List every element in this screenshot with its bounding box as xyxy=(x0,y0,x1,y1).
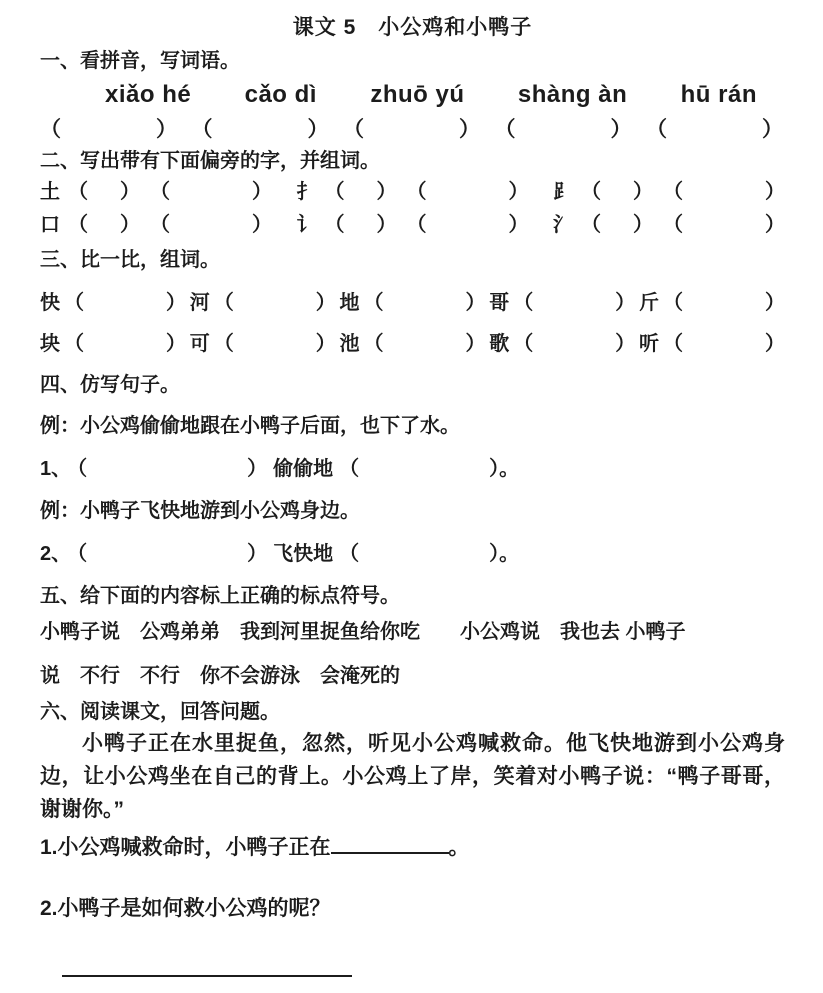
pinyin-word: cǎo dì xyxy=(245,78,317,112)
char-label: 快 xyxy=(40,292,60,314)
open-paren: （ xyxy=(364,329,384,359)
char-label: 歌 xyxy=(489,333,509,355)
radical-row: 土（）（） 扌（）（） ⻊（）（） xyxy=(40,177,785,207)
open-paren: （ xyxy=(325,210,345,240)
open-paren: （ xyxy=(68,210,88,240)
sentence-fragment: 飞快地 xyxy=(273,543,333,565)
close-paren: ） xyxy=(377,177,397,207)
section4-heading: 四、仿写句子。 xyxy=(40,372,785,398)
question-1: 1.小公鸡喊救命时，小鸭子正在。 xyxy=(40,831,785,862)
close-paren: ） xyxy=(120,210,140,240)
close-paren: ） xyxy=(466,329,486,359)
close-paren: ） xyxy=(316,329,336,359)
section2-heading: 二、写出带有下面偏旁的字，并组词。 xyxy=(40,148,785,174)
close-paren: ） xyxy=(377,210,397,240)
open-paren: （ xyxy=(581,177,601,207)
open-paren: （ xyxy=(150,210,170,240)
blank-space xyxy=(683,197,765,198)
open-paren: （ xyxy=(214,288,234,318)
word-blank: （） xyxy=(214,288,336,318)
char-label: 哥 xyxy=(489,292,509,314)
compare-group: 池（） xyxy=(340,329,486,359)
close-paren: ） xyxy=(489,458,499,480)
pinyin-word: hū rán xyxy=(681,78,757,112)
word-blank: （） xyxy=(663,288,785,318)
open-paren: （ xyxy=(663,210,683,240)
blank-space xyxy=(61,135,156,136)
answer-line xyxy=(62,975,352,977)
open-paren: （ xyxy=(77,543,87,565)
close-paren: ） xyxy=(765,210,785,240)
blank-space xyxy=(683,349,765,350)
blank-space xyxy=(234,308,316,309)
fill-in-sentence: 1、（）偷偷地（）。 xyxy=(40,455,785,483)
close-paren: ） xyxy=(459,114,480,146)
char-label: 斤 xyxy=(639,292,659,314)
word-blank: （） xyxy=(513,329,635,359)
pinyin-answer-row: （） （） （） （） （） xyxy=(40,114,785,146)
close-paren: ） xyxy=(247,543,267,565)
pinyin-word: shàng àn xyxy=(518,78,627,112)
compare-row: 快（） 河（） 地（） 哥（） 斤（） xyxy=(40,288,785,318)
pinyin-word: zhuō yú xyxy=(370,78,464,112)
close-paren: ） xyxy=(489,543,499,565)
word-blank: （） xyxy=(364,288,486,318)
close-paren: ） xyxy=(762,114,783,146)
word-blank: （） xyxy=(407,210,529,240)
compare-group: 快（） xyxy=(40,288,186,318)
word-blank: （） xyxy=(64,329,186,359)
period-mark: 。 xyxy=(499,458,519,480)
char-blank: （） xyxy=(68,210,140,240)
radical-row: 口（）（） 讠（）（） 氵（）（） xyxy=(40,210,785,240)
open-paren: （ xyxy=(407,177,427,207)
open-paren: （ xyxy=(663,288,683,318)
blank-space xyxy=(683,308,765,309)
compare-group: 哥（） xyxy=(489,288,635,318)
compare-row: 块（） 可（） 池（） 歌（） 听（） xyxy=(40,329,785,359)
blank-space xyxy=(170,197,252,198)
example-sentence: 例：小鸭子飞快地游到小公鸡身边。 xyxy=(40,497,785,525)
char-label: 池 xyxy=(340,333,360,355)
blank-space xyxy=(359,559,489,560)
punctuation-exercise-line: 小鸭子说 公鸡弟弟 我到河里捉鱼给你吃 小公鸡说 我也去 小鸭子 xyxy=(40,618,785,646)
char-blank: （） xyxy=(581,177,653,207)
pinyin-row: xiǎo hé cǎo dì zhuō yú shàng àn hū rán xyxy=(40,78,785,112)
radical-label: 土 xyxy=(40,181,60,203)
answer-blank: （） xyxy=(646,114,783,146)
item-number: 1、 xyxy=(40,458,71,480)
reading-passage: 小鸭子正在水里捉鱼，忽然，听见小公鸡喊救命。他飞快地游到小公鸡身边，让小公鸡坐在… xyxy=(40,727,785,826)
open-paren: （ xyxy=(339,543,359,565)
radical-group: 讠（）（） xyxy=(297,210,529,240)
blank-space xyxy=(384,308,466,309)
word-blank: （） xyxy=(364,329,486,359)
example-sentence: 例：小公鸡偷偷地跟在小鸭子后面，也下了水。 xyxy=(40,412,785,440)
radical-label: ⻊ xyxy=(553,181,573,203)
blank-space xyxy=(364,135,459,136)
punctuation-exercise-line: 说 不行 不行 你不会游泳 会淹死的 xyxy=(40,662,785,690)
open-paren: （ xyxy=(663,177,683,207)
word-blank: （） xyxy=(214,329,336,359)
open-paren: （ xyxy=(343,114,364,146)
open-paren: （ xyxy=(64,288,84,318)
close-paren: ） xyxy=(765,288,785,318)
word-blank: （） xyxy=(663,177,785,207)
close-paren: ） xyxy=(633,210,653,240)
char-blank: （） xyxy=(68,177,140,207)
radical-label: 讠 xyxy=(297,214,317,236)
close-paren: ） xyxy=(166,288,186,318)
compare-group: 可（） xyxy=(190,329,336,359)
blank-space xyxy=(683,230,765,231)
compare-group: 听（） xyxy=(639,329,785,359)
blank-space xyxy=(84,349,166,350)
compare-group: 块（） xyxy=(40,329,186,359)
blank-space xyxy=(427,230,509,231)
section3-heading: 三、比一比，组词。 xyxy=(40,247,785,273)
section5-heading: 五、给下面的内容标上正确的标点符号。 xyxy=(40,583,785,609)
char-label: 河 xyxy=(190,292,210,314)
blank-space xyxy=(601,197,633,198)
blank-space xyxy=(88,230,120,231)
open-paren: （ xyxy=(513,288,533,318)
answer-blank: （） xyxy=(495,114,632,146)
close-paren: ） xyxy=(765,329,785,359)
blank-space xyxy=(88,197,120,198)
radical-label: 扌 xyxy=(297,181,317,203)
sentence-fragment: 偷偷地 xyxy=(273,458,333,480)
blank-space xyxy=(516,135,611,136)
close-paren: ） xyxy=(166,329,186,359)
word-blank: （） xyxy=(663,210,785,240)
blank-space xyxy=(87,559,247,560)
compare-group: 地（） xyxy=(340,288,486,318)
close-paren: ） xyxy=(765,177,785,207)
answer-blank: （） xyxy=(343,114,480,146)
close-paren: ） xyxy=(466,288,486,318)
open-paren: （ xyxy=(339,458,359,480)
open-paren: （ xyxy=(646,114,667,146)
blank-space xyxy=(345,230,377,231)
radical-group: 土（）（） xyxy=(40,177,272,207)
close-paren: ） xyxy=(611,114,632,146)
period-mark: 。 xyxy=(499,543,519,565)
close-paren: ） xyxy=(308,114,329,146)
radical-label: 氵 xyxy=(553,214,573,236)
close-paren: ） xyxy=(509,177,529,207)
word-blank: （） xyxy=(663,329,785,359)
close-paren: ） xyxy=(509,210,529,240)
open-paren: （ xyxy=(495,114,516,146)
blank-space xyxy=(234,349,316,350)
close-paren: ） xyxy=(120,177,140,207)
word-blank: （） xyxy=(407,177,529,207)
close-paren: ） xyxy=(615,288,635,318)
char-label: 地 xyxy=(340,292,360,314)
open-paren: （ xyxy=(407,210,427,240)
blank-space xyxy=(84,308,166,309)
blank-space xyxy=(533,349,615,350)
blank-space xyxy=(601,230,633,231)
blank-space xyxy=(345,197,377,198)
close-paren: ） xyxy=(252,177,272,207)
radical-group: ⻊（）（） xyxy=(553,177,785,207)
open-paren: （ xyxy=(150,177,170,207)
word-blank: （） xyxy=(150,177,272,207)
item-number: 2、 xyxy=(40,543,71,565)
period-mark: 。 xyxy=(449,836,470,859)
open-paren: （ xyxy=(513,329,533,359)
open-paren: （ xyxy=(77,458,87,480)
char-label: 可 xyxy=(190,333,210,355)
blank-space xyxy=(213,135,308,136)
radical-group: 氵（）（） xyxy=(553,210,785,240)
word-blank: （） xyxy=(513,288,635,318)
fill-in-sentence: 2、（）飞快地（）。 xyxy=(40,540,785,568)
word-blank: （） xyxy=(64,288,186,318)
radical-group: 扌（）（） xyxy=(297,177,529,207)
answer-underline xyxy=(331,831,449,854)
char-blank: （） xyxy=(325,177,397,207)
open-paren: （ xyxy=(68,177,88,207)
question-2: 2.小鸭子是如何救小公鸡的呢？ xyxy=(40,895,785,923)
blank-space xyxy=(667,135,762,136)
open-paren: （ xyxy=(40,114,61,146)
radical-group: 口（）（） xyxy=(40,210,272,240)
radical-label: 口 xyxy=(40,214,60,236)
close-paren: ） xyxy=(633,177,653,207)
section6-heading: 六、阅读课文，回答问题。 xyxy=(40,699,785,725)
char-label: 听 xyxy=(639,333,659,355)
close-paren: ） xyxy=(247,458,267,480)
close-paren: ） xyxy=(316,288,336,318)
section1-heading: 一、看拼音，写词语。 xyxy=(40,48,785,74)
open-paren: （ xyxy=(64,329,84,359)
blank-space xyxy=(427,197,509,198)
compare-group: 歌（） xyxy=(489,329,635,359)
compare-group: 河（） xyxy=(190,288,336,318)
char-blank: （） xyxy=(581,210,653,240)
open-paren: （ xyxy=(192,114,213,146)
close-paren: ） xyxy=(615,329,635,359)
blank-space xyxy=(533,308,615,309)
char-blank: （） xyxy=(325,210,397,240)
open-paren: （ xyxy=(214,329,234,359)
char-label: 块 xyxy=(40,333,60,355)
answer-blank: （） xyxy=(192,114,329,146)
blank-space xyxy=(384,349,466,350)
open-paren: （ xyxy=(325,177,345,207)
blank-space xyxy=(87,474,247,475)
question-text: 1.小公鸡喊救命时，小鸭子正在 xyxy=(40,836,331,859)
close-paren: ） xyxy=(252,210,272,240)
open-paren: （ xyxy=(581,210,601,240)
open-paren: （ xyxy=(364,288,384,318)
close-paren: ） xyxy=(156,114,177,146)
blank-space xyxy=(170,230,252,231)
word-blank: （） xyxy=(150,210,272,240)
worksheet-page: 课文 5 小公鸡和小鸭子 一、看拼音，写词语。 xiǎo hé cǎo dì z… xyxy=(0,0,823,993)
pinyin-word: xiǎo hé xyxy=(105,78,191,112)
compare-group: 斤（） xyxy=(639,288,785,318)
answer-blank: （） xyxy=(40,114,177,146)
open-paren: （ xyxy=(663,329,683,359)
page-title: 课文 5 小公鸡和小鸭子 xyxy=(40,14,785,42)
blank-space xyxy=(359,474,489,475)
